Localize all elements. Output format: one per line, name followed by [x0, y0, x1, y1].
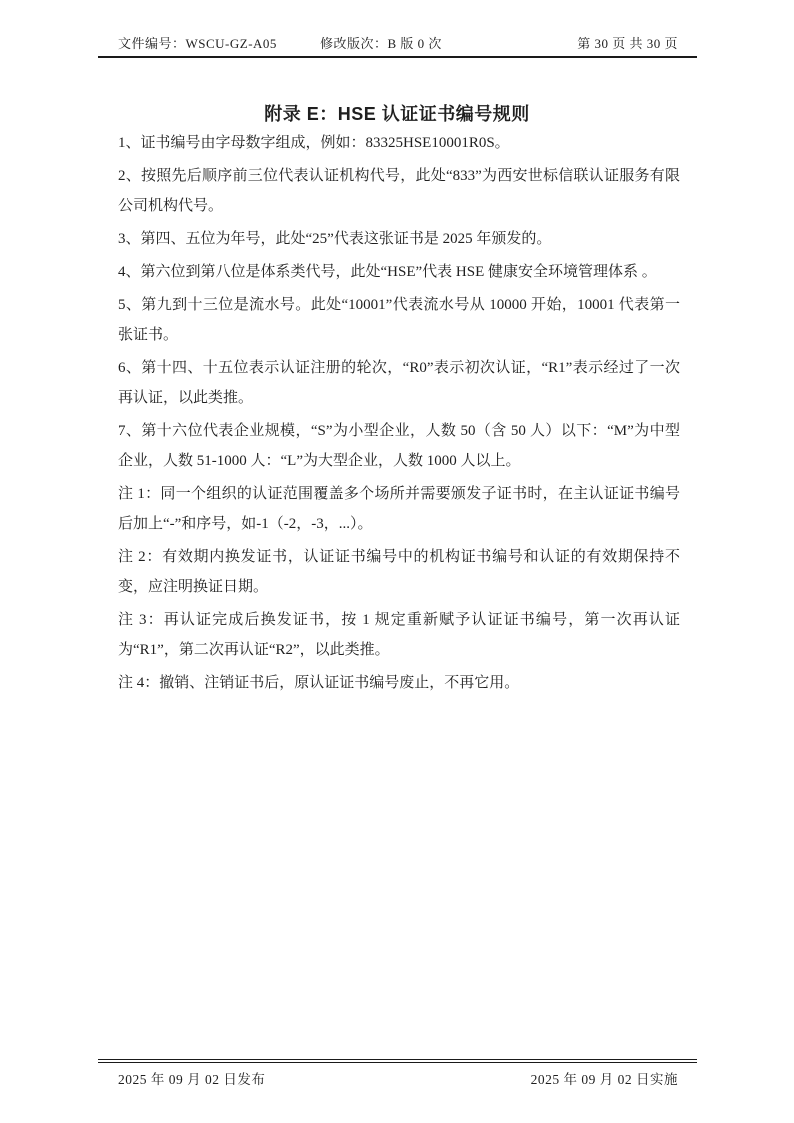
note-1: 注 1：同一个组织的认证范围覆盖多个场所并需要颁发子证书时，在主认证证书编号后加… — [118, 479, 680, 539]
paragraph-6: 6、第十四、十五位表示认证注册的轮次，“R0”表示初次认证，“R1”表示经过了一… — [118, 353, 680, 413]
footer-issue-date: 2025 年 09 月 02 日发布 — [118, 1068, 265, 1088]
header-doc-number: 文件编号：WSCU-GZ-A05 — [118, 33, 277, 52]
paragraph-5: 5、第九到十三位是流水号。此处“10001”代表流水号从 10000 开始，10… — [118, 290, 680, 350]
paragraph-7: 7、第十六位代表企业规模，“S”为小型企业，人数 50（含 50 人）以下：“M… — [118, 416, 680, 476]
document-page: 文件编号：WSCU-GZ-A05 修改版次：B 版 0 次 第 30 页 共 3… — [0, 0, 794, 1123]
note-4: 注 4：撤销、注销证书后，原认证证书编号废止，不再它用。 — [118, 668, 680, 698]
page-header: 文件编号：WSCU-GZ-A05 修改版次：B 版 0 次 第 30 页 共 3… — [118, 33, 678, 52]
paragraph-2: 2、按照先后顺序前三位代表认证机构代号，此处“833”为西安世标信联认证服务有限… — [118, 161, 680, 221]
header-page-number: 第 30 页 共 30 页 — [577, 33, 678, 52]
note-3: 注 3：再认证完成后换发证书，按 1 规定重新赋予认证证书编号，第一次再认证为“… — [118, 605, 680, 665]
page-footer: 2025 年 09 月 02 日发布 2025 年 09 月 02 日实施 — [118, 1068, 678, 1088]
header-revision: 修改版次：B 版 0 次 — [320, 33, 442, 52]
note-2: 注 2：有效期内换发证书，认证证书编号中的机构证书编号和认证的有效期保持不变，应… — [118, 542, 680, 602]
footer-rule — [98, 1059, 697, 1063]
header-rule — [98, 56, 697, 58]
paragraph-1: 1、证书编号由字母数字组成，例如：83325HSE10001R0S。 — [118, 128, 680, 158]
paragraph-4: 4、第六位到第八位是体系类代号，此处“HSE”代表 HSE 健康安全环境管理体系… — [118, 257, 680, 287]
page-title: 附录 E：HSE 认证证书编号规则 — [0, 100, 794, 126]
paragraph-3: 3、第四、五位为年号，此处“25”代表这张证书是 2025 年颁发的。 — [118, 224, 680, 254]
footer-implement-date: 2025 年 09 月 02 日实施 — [531, 1068, 678, 1088]
document-body: 1、证书编号由字母数字组成，例如：83325HSE10001R0S。 2、按照先… — [118, 128, 680, 701]
